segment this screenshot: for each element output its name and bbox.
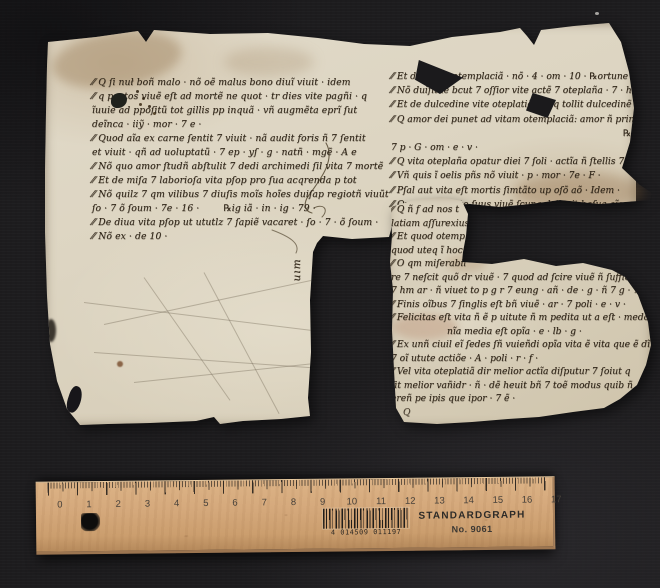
manuscript-text-line: ⁄⁄ Vñ quis ĩ oelis pñs nõ viuit · p · mo…: [391, 169, 651, 183]
manuscript-text-line: ⁄⁄ Nõ ex · de 10 ·: [92, 230, 392, 244]
manuscript-text-line: ⁄⁄ O qm miſerabil: [391, 258, 653, 272]
scored-line: [94, 352, 353, 371]
model-number-label: No. 9061: [414, 524, 530, 535]
manuscript-text-line: ⁄⁄ Vel vita oteplatiã dir melior actĩa d…: [391, 366, 653, 380]
ruler-number: 9: [308, 497, 338, 508]
manuscript-text-line: ⁄⁄ Et de miſa 7 laborioſa vita pſop pro …: [92, 174, 392, 188]
rust-spot: [117, 361, 123, 367]
ruler-number: 12: [395, 496, 425, 507]
manuscript-text-line: re 7 neſcit quõ dr viuẽ · 7 quod ad ſcir…: [391, 272, 653, 286]
ruler-hanging-hole: [81, 513, 100, 531]
scored-line: [84, 302, 312, 331]
manuscript-text-line: ⁄⁄ Q amor dei punet ad vitam otemplaciã:…: [391, 113, 651, 127]
ruler-number: 1: [74, 499, 104, 510]
manuscript-text-line: ⁄⁄ Q vita oteplaña opatur diei 7 ſoli · …: [391, 155, 651, 169]
manuscript-text-line: 7 oĩ utute actiõe · A · poli · r · f ·: [391, 353, 653, 367]
stain: [224, 47, 314, 77]
dust-speck: [595, 12, 599, 15]
parchment-surface-fragment: ⁄⁄ Q ñ f ad nos tlatiam aſſurexius⁄⁄ Et …: [386, 194, 654, 430]
barcode: [323, 508, 409, 529]
manuscript-right-column: ⁄⁄ Et de vi otemplaciã · nõ · 4 · om · 1…: [391, 70, 651, 212]
stain: [46, 319, 56, 342]
ruler-number: 10: [337, 496, 367, 507]
manuscript-fragment-piece: ⁄⁄ Q ñ f ad nos tlatiam aſſurexius⁄⁄ Et …: [386, 194, 654, 430]
manuscript-text-line: ⁄⁄ Et quod otemp: [391, 231, 653, 245]
manuscript-text-line: ⁄⁄ Q ſi nuł boñ malo · nõ oẽ malus bono …: [92, 76, 392, 90]
manuscript-text-line: 7 p · G · om · e · v ·: [391, 141, 651, 155]
manuscript-text-line: ⁄⁄ Finis oĩbus 7 ſinglis eſt bñ viuẽ · a…: [391, 299, 653, 313]
scored-line: [204, 272, 280, 414]
manuscript-text-line: deĩnca · iiỹ · mor · 7 e ·: [92, 118, 392, 132]
ruler-number: 3: [132, 498, 162, 509]
ruler-number: 8: [278, 497, 308, 508]
ruler-number: 16: [512, 494, 542, 505]
photo-background: ⁄⁄ Q ſi nuł boñ malo · nõ oẽ malus bono …: [0, 0, 660, 588]
manuscript-text-line: ℞ · mor · G ·: [623, 127, 651, 141]
ruler-number: 6: [220, 497, 250, 508]
manuscript-text-line: et viuit · qñ ad uoluptatũ · 7 ep · yſ ·…: [92, 146, 392, 160]
ruler-number: 7: [249, 497, 279, 508]
manuscript-text-line: ⁄⁄ Felicitas eſt vita ñ ẽ p uitute ñ m p…: [391, 312, 653, 326]
manuscript-text-line: ⁄⁄ Et de dulcedine vite oteplatiẽ · et q…: [391, 98, 651, 112]
ruler-number: 5: [191, 498, 221, 509]
manuscript-fragment-column: ⁄⁄ Q ñ f ad nos tlatiam aſſurexius⁄⁄ Et …: [391, 204, 653, 420]
manuscript-text-line: ⁄⁄ De diua vita pſop ut ututlz 7 ſapiẽ v…: [92, 216, 392, 230]
manuscript-text-line: nĩa media eſt opĩa · e · lb · g ·: [447, 326, 653, 340]
ruler-number: 11: [366, 496, 396, 507]
manuscript-left-column: ⁄⁄ Q ſi nuł boñ malo · nõ oẽ malus bono …: [92, 76, 392, 244]
ruler-number: 4: [162, 498, 192, 509]
manuscript-text-line: ereñ pe ipis que ipor · 7 ẽ ·: [391, 393, 653, 407]
manuscript-text-line: ⁄⁄ Nõ quilz 7 qm vilibus 7 diuſis moĩs h…: [92, 188, 392, 202]
brand-label: STANDARDGRAPH: [414, 510, 530, 522]
ink-blot: [64, 385, 85, 415]
manuscript-text-line: 7 hm ar · ñ viuet to p g r 7 eung · añ ·…: [391, 285, 653, 299]
ruler: 01234567891011121314151617 4 014509 0111…: [36, 476, 556, 554]
vertical-quire-mark: uım: [291, 250, 305, 290]
manuscript-text-line: ⁄⁄ q pactos viuẽ eſt ad mortẽ ne quot · …: [92, 90, 392, 104]
manuscript-text-line: Q: [403, 407, 653, 421]
manuscript-text-line: ⁄⁄ Quod aĩa ex carne ſentit 7 viuit · nã…: [92, 132, 392, 146]
ruler-number: 15: [483, 495, 513, 506]
ruler-number: 0: [45, 499, 75, 510]
manuscript-text-line: ⁄⁄ Ex unñ ciuil eĩ ſedes ſñ vuieñdi opĩa…: [391, 339, 653, 353]
barcode-digits: 4 014509 011197: [316, 528, 416, 537]
ruler-number: 14: [454, 495, 484, 506]
manuscript-text-line: quod uteq ĩ hoc: [391, 245, 653, 259]
manuscript-text-line: ĩuuie ad ppoſitũ tot gillis pp inquã · v…: [92, 104, 392, 118]
manuscript-text-line: ſit melior vañidr · ñ · dẽ heuit bñ 7 to…: [391, 380, 653, 394]
ruler-scale-numbers: 01234567891011121314151617: [48, 494, 546, 511]
manuscript-text-line: ſo · 7 õ ſoum · 7e · 16 · ℞ig iã · in · …: [92, 202, 392, 216]
ruler-number: 17: [541, 494, 571, 505]
manuscript-text-line: ⁄⁄ Q ñ f ad nos t: [391, 204, 653, 218]
ruler-number: 2: [103, 499, 133, 510]
ruler-number: 13: [424, 495, 454, 506]
manuscript-text-line: latiam aſſurexius: [391, 218, 653, 232]
manuscript-text-line: ⁄⁄ Nõ quo amor ſtudñ abſtulit 7 dedi arc…: [92, 160, 392, 174]
